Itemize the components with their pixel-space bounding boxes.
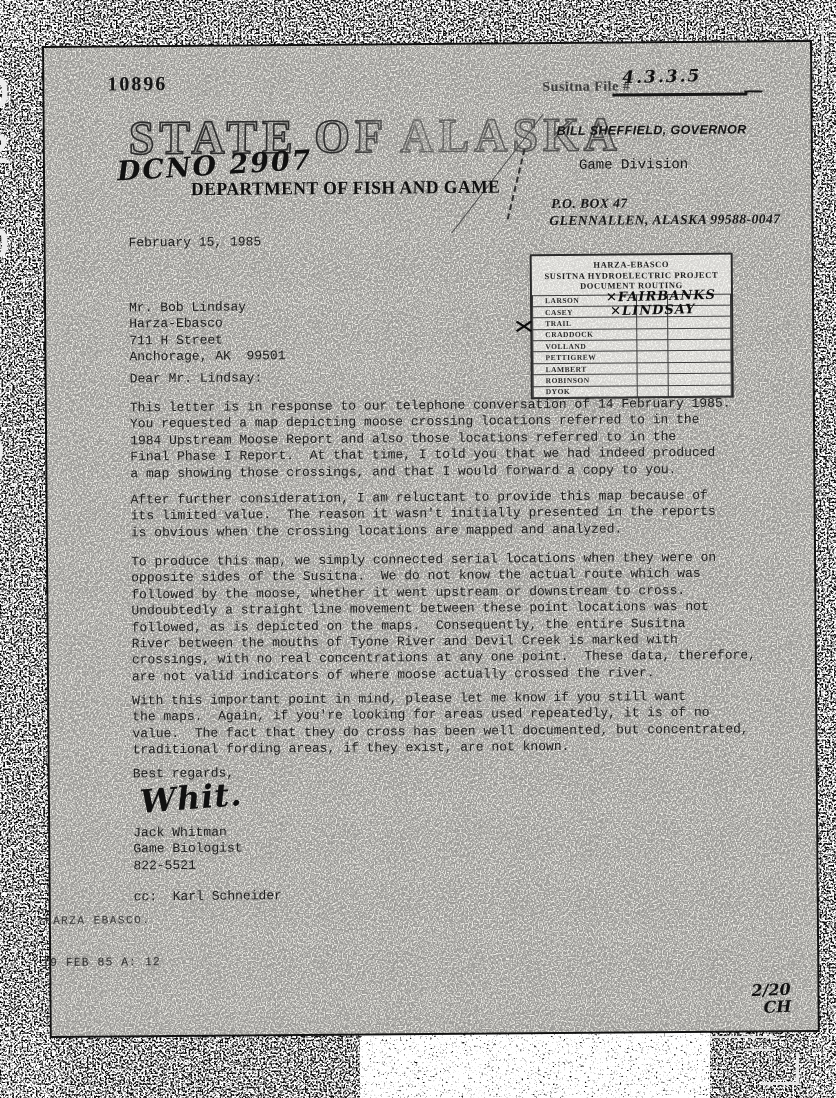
routing-name: VOLLAND xyxy=(533,340,637,352)
susitna-file-underline xyxy=(612,92,747,96)
salutation: Dear Mr. Lindsay: xyxy=(130,370,263,387)
harza-ebasco-stamp: *HARZA EBASCO. xyxy=(37,913,151,930)
film-edge-digit: 0 xyxy=(0,222,10,266)
received-date-stamp: 19 FEB 85 A: 12 xyxy=(42,955,161,972)
paragraph-4: With this important point in mind, pleas… xyxy=(132,689,749,759)
governor-line: BILL SHEFFIELD, GOVERNOR xyxy=(557,123,747,138)
routing-title-project: SUSITNA HYDROELECTRIC PROJECT xyxy=(532,269,731,281)
document-number-stamp: 10896 xyxy=(107,73,167,96)
division-name: Game Division xyxy=(579,157,688,174)
letter-page: 10896 Susitna File # 4.3.3.5 STATE OF AL… xyxy=(44,42,818,1036)
routing-note-lindsay: ✕LINDSAY xyxy=(610,302,696,319)
handwritten-initials: CH xyxy=(763,997,792,1017)
film-mark xyxy=(744,1049,774,1051)
city-state-zip-line: GLENNALLEN, ALASKA 99588-0047 xyxy=(549,211,780,229)
letter-date: February 15, 1985 xyxy=(128,234,261,251)
film-scratch xyxy=(812,159,836,221)
routing-check-trail: ✕ xyxy=(512,316,538,338)
sender-block: Jack Whitman Game Biologist 822-5521 xyxy=(133,824,243,874)
routing-name: CRADDOCK xyxy=(533,329,637,341)
film-scratch xyxy=(822,22,824,86)
scanned-document-frame: 0 2 0 ) 10896 Susitna File # 4.3.3.5 STA… xyxy=(0,0,836,1098)
film-edge-digit: 2 xyxy=(0,128,10,172)
paragraph-3: To produce this map, we simply connected… xyxy=(131,549,756,685)
film-edge-digit: 0 xyxy=(0,72,10,116)
paragraph-1: This letter is in response to our teleph… xyxy=(130,396,731,483)
susitna-file-underline xyxy=(744,90,762,92)
recipient-address-block: Mr. Bob Lindsay Harza-Ebasco 711 H Stree… xyxy=(129,299,286,366)
cc-line: cc: Karl Schneider xyxy=(134,888,282,906)
handwritten-signature: Whit. xyxy=(139,775,244,821)
x-mark: ✕ xyxy=(610,304,622,319)
film-edge-digit: ) xyxy=(0,428,10,472)
film-mark xyxy=(712,1036,774,1038)
document-routing-stamp: HARZA-EBASCO SUSITNA HYDROELECTRIC PROJE… xyxy=(530,253,734,400)
routing-name: LAMBERT xyxy=(533,363,637,375)
routing-name: PETTIGREW xyxy=(533,351,637,363)
susitna-file-number: 4.3.3.5 xyxy=(622,66,702,88)
routing-name: ROBINSON xyxy=(533,374,637,386)
po-box-line: P.O. BOX 47 xyxy=(551,195,628,212)
paragraph-2: After further consideration, I am reluct… xyxy=(131,488,716,542)
department-name: DEPARTMENT OF FISH AND GAME xyxy=(191,176,500,200)
film-corner-mark xyxy=(762,1052,799,1085)
